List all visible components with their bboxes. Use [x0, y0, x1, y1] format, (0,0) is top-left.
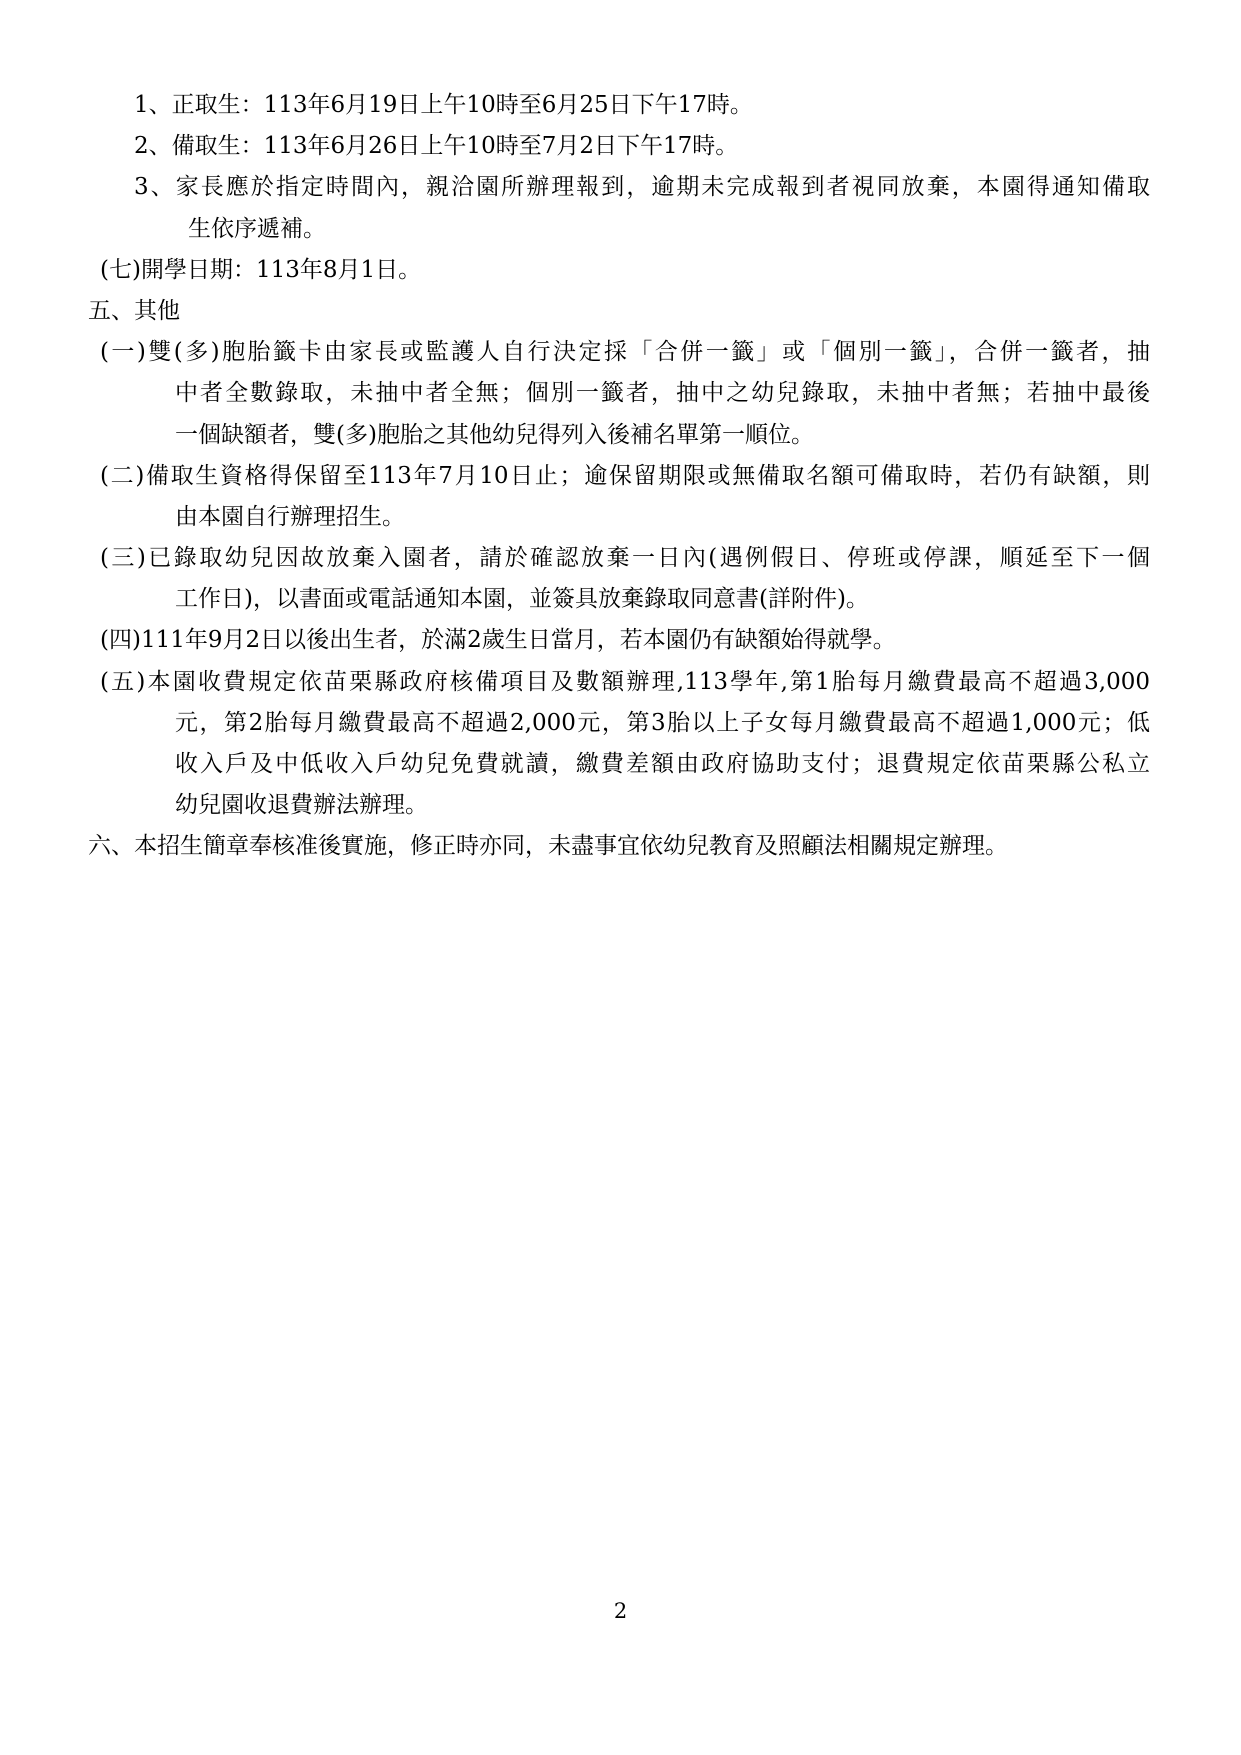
doc-line: 六、本招生簡章奉核准後實施，修正時亦同，未盡事宜依幼兒教育及照顧法相關規定辦理。 — [88, 826, 1241, 867]
doc-line: 一個缺額者，雙(多)胞胎之其他幼兒得列入後補名單第一順位。 — [175, 415, 1241, 456]
doc-line: 1、正取生：113年6月19日上午10時至6月25日下午17時。 — [134, 85, 1241, 126]
doc-line: (二)備取生資格得保留至113年7月10日止；逾保留期限或無備取名額可備取時，若… — [100, 456, 1150, 497]
doc-line: (五)本園收費規定依苗栗縣政府核備項目及數額辦理,113學年,第1胎每月繳費最高… — [100, 662, 1150, 703]
doc-line: (三)已錄取幼兒因故放棄入園者，請於確認放棄一日內(遇例假日、停班或停課，順延至… — [100, 538, 1150, 579]
page-number: 2 — [0, 1598, 1241, 1624]
doc-line: 元，第2胎每月繳費最高不超過2,000元，第3胎以上子女每月繳費最高不超過1,0… — [175, 703, 1150, 744]
doc-line: 3、家長應於指定時間內，親洽園所辦理報到，逾期未完成報到者視同放棄，本園得通知備… — [134, 167, 1150, 208]
doc-line: 生依序遞補。 — [188, 209, 1241, 250]
doc-line: (一)雙(多)胞胎籤卡由家長或監護人自行決定採「合併一籤」或「個別一籤」，合併一… — [100, 332, 1150, 373]
document-body: 1、正取生：113年6月19日上午10時至6月25日下午17時。 2、備取生：1… — [0, 85, 1241, 868]
doc-line: 由本園自行辦理招生。 — [175, 497, 1241, 538]
doc-line: 2、備取生：113年6月26日上午10時至7月2日下午17時。 — [134, 126, 1241, 167]
doc-line: 幼兒園收退費辦法辦理。 — [175, 785, 1241, 826]
doc-line: 五、其他 — [88, 291, 1241, 332]
doc-line: (七)開學日期：113年8月1日。 — [100, 250, 1241, 291]
doc-line: 中者全數錄取，未抽中者全無；個別一籤者，抽中之幼兒錄取，未抽中者無；若抽中最後 — [175, 373, 1150, 414]
doc-line: 收入戶及中低收入戶幼兒免費就讀，繳費差額由政府協助支付；退費規定依苗栗縣公私立 — [175, 744, 1150, 785]
doc-line: (四)111年9月2日以後出生者，於滿2歲生日當月，若本園仍有缺額始得就學。 — [100, 620, 1241, 661]
doc-line: 工作日)，以書面或電話通知本園，並簽具放棄錄取同意書(詳附件)。 — [175, 579, 1241, 620]
